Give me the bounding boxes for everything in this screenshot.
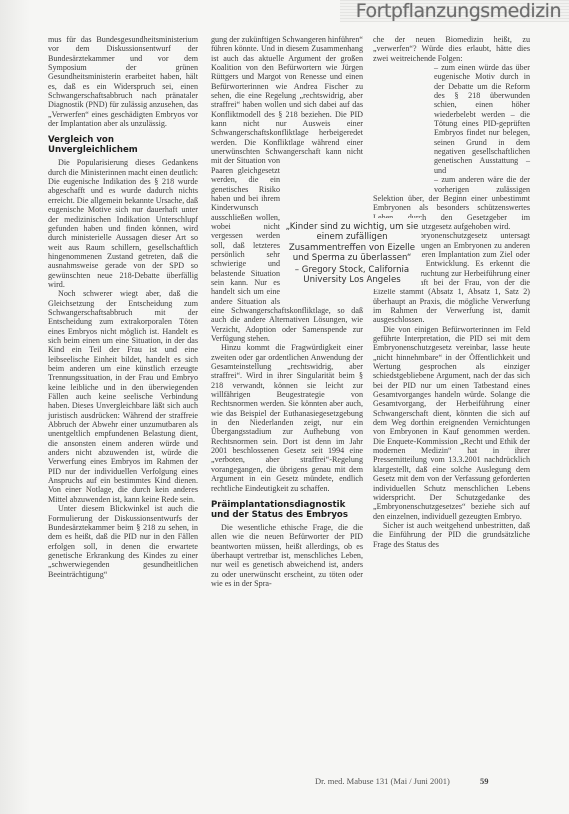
pullquote-wrap-space bbox=[373, 63, 431, 193]
paragraph: Die Popularisierung dieses Gedankens dur… bbox=[48, 158, 198, 289]
scan-edge-shadow bbox=[0, 0, 30, 814]
paragraph: mus für das Bundesgesundheitsministerium… bbox=[48, 35, 198, 128]
subheading-praeimplantationsdiagnostik: Präimplantationsdiagnostik und der Statu… bbox=[211, 500, 363, 520]
paragraph: che der neuen Biomedizin heißt, zu „verw… bbox=[373, 35, 530, 63]
paragraph: Hinzu kommt die Fragwürdigkeit einer zwe… bbox=[211, 343, 363, 493]
column-middle: gung der zukünftigen Schwangeren hinführ… bbox=[211, 35, 363, 588]
magazine-citation: Dr. med. Mabuse 131 (Mai / Juni 2001) bbox=[315, 776, 450, 786]
column-right: che der neuen Biomedizin heißt, zu „verw… bbox=[373, 35, 530, 549]
page-number: 59 bbox=[480, 776, 489, 786]
column-left: mus für das Bundesgesundheitsministerium… bbox=[48, 35, 198, 579]
pull-quote-text: „Kinder sind zu wichtig, um sie einem zu… bbox=[283, 222, 421, 264]
magazine-page: Fortpflanzungsmedizin mus für das Bundes… bbox=[0, 0, 569, 814]
paragraph: Sicher ist auch weitgehend unbestritten,… bbox=[373, 521, 530, 549]
section-title: Fortpflanzungsmedizin bbox=[356, 0, 561, 22]
section-header-band: Fortpflanzungsmedizin bbox=[340, 0, 569, 22]
paragraph: Noch schwerer wiegt aber, daß die Gleich… bbox=[48, 289, 198, 504]
paragraph: Unter diesem Blickwinkel ist auch die Fo… bbox=[48, 504, 198, 579]
subheading-vergleich: Vergleich von Unvergleichlichem bbox=[48, 135, 198, 155]
page-footer: Dr. med. Mabuse 131 (Mai / Juni 2001) 59 bbox=[315, 776, 488, 786]
paragraph: Die von einigen Befürworterinnen im Feld… bbox=[373, 325, 530, 521]
pull-quote-affiliation: University Los Angeles bbox=[283, 275, 421, 285]
pull-quote: „Kinder sind zu wichtig, um sie einem zu… bbox=[283, 218, 421, 289]
paragraph: Die wesentliche ethische Frage, die die … bbox=[211, 523, 363, 588]
pull-quote-attribution: – Gregory Stock, California bbox=[283, 265, 421, 275]
